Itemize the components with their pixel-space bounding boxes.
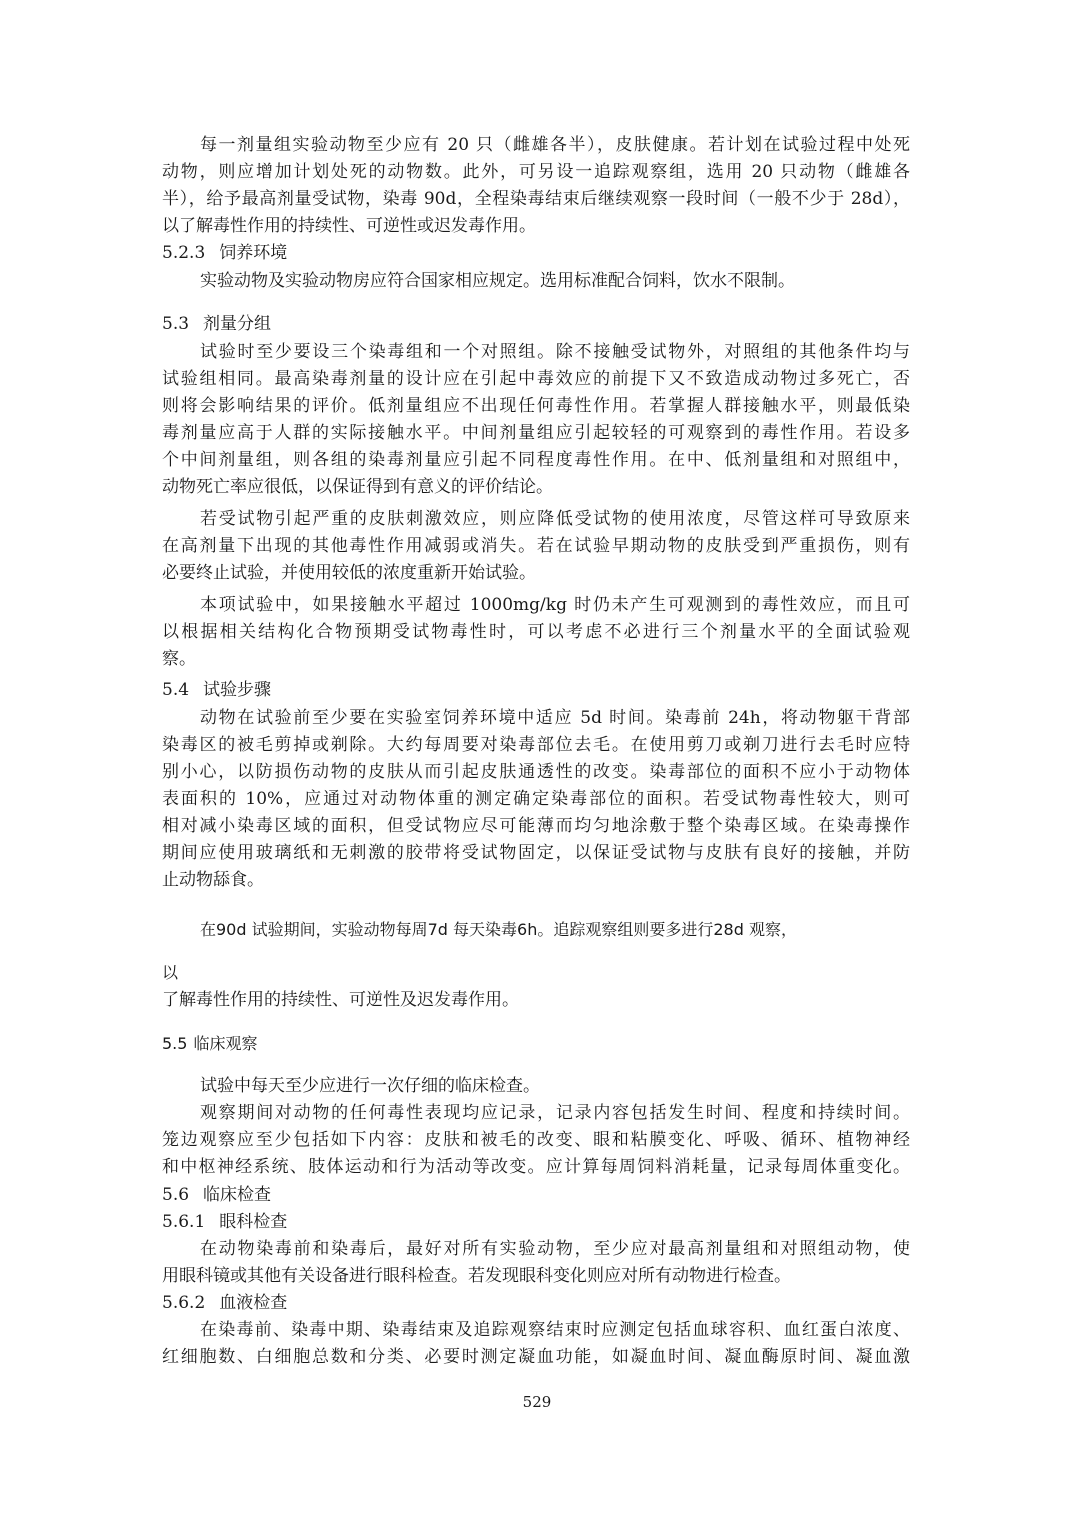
body-text-line: 表面积的 10%，应通过对动物体重的测定确定染毒部位的面积。若受试物毒性较大，则…	[162, 788, 910, 810]
body-text-line: 试验时至少要设三个染毒组和一个对照组。除不接触受试物外，对照组的其他条件均与	[200, 341, 910, 363]
section-title: 剂量分组	[203, 314, 271, 334]
body-text-line: 试验中每天至少应进行一次仔细的临床检查。	[200, 1075, 910, 1097]
body-text-line: 以了解毒性作用的持续性、可逆性或迟发毒作用。	[162, 215, 910, 237]
section-heading-5-5: 5.5临床观察	[162, 1033, 257, 1055]
body-text-line: 本项试验中，如果接触水平超过 1000mg/kg 时仍未产生可观测到的毒性效应，…	[200, 594, 910, 616]
section-heading-5-6-2: 5.6.2血液检查	[162, 1292, 287, 1314]
section-heading-5-6-1: 5.6.1眼科检查	[162, 1211, 287, 1233]
body-text-line: 动物，则应增加计划处死的动物数。此外，可另设一追踪观察组，选用 20 只动物（雌…	[162, 161, 910, 183]
section-title: 眼科检查	[219, 1212, 287, 1232]
body-text-line: 在高剂量下出现的其他毒性作用减弱或消失。若在试验早期动物的皮肤受到严重损伤，则有	[162, 535, 910, 557]
section-title: 血液检查	[219, 1293, 287, 1313]
body-text-line: 染毒区的被毛剪掉或剃除。大约每周要对染毒部位去毛。在使用剪刀或剃刀进行去毛时应特	[162, 734, 910, 756]
body-text-line: 在动物染毒前和染毒后，最好对所有实验动物，至少应对最高剂量组和对照组动物，使	[200, 1238, 910, 1260]
body-text-line: 期间应使用玻璃纸和无刺激的胶带将受试物固定，以保证受试物与皮肤有良好的接触，并防	[162, 842, 910, 864]
page-number: 529	[0, 1392, 1074, 1412]
body-text-line: 动物死亡率应很低，以保证得到有意义的评价结论。	[162, 476, 910, 498]
body-text-line: 察。	[162, 648, 910, 670]
section-title: 临床检查	[203, 1185, 271, 1205]
section-number: 5.5	[162, 1033, 187, 1055]
body-text-line: 红细胞数、白细胞总数和分类、必要时测定凝血功能，如凝血时间、凝血酶原时间、凝血激	[162, 1346, 910, 1368]
body-text-line: 实验动物及实验动物房应符合国家相应规定。选用标准配合饲料，饮水不限制。	[200, 270, 910, 292]
section-heading-5-3: 5.3剂量分组	[162, 313, 271, 335]
body-text-line: 以根据相关结构化合物预期受试物毒性时，可以考虑不必进行三个剂量水平的全面试验观	[162, 621, 910, 643]
body-text-line: 和中枢神经系统、肢体运动和行为活动等改变。应计算每周饲料消耗量，记录每周体重变化…	[162, 1156, 910, 1178]
body-text-line: 毒剂量应高于人群的实际接触水平。中间剂量组应引起较轻的可观察到的毒性作用。若设多	[162, 422, 910, 444]
body-text-line: 观察期间对动物的任何毒性表现均应记录，记录内容包括发生时间、程度和持续时间。	[200, 1102, 910, 1124]
body-text-line: 若受试物引起严重的皮肤刺激效应，则应降低受试物的使用浓度，尽管这样可导致原来	[200, 508, 910, 530]
body-text-line: 试验组相同。最高染毒剂量的设计应在引起中毒效应的前提下又不致造成动物过多死亡，否	[162, 368, 910, 390]
body-text-line: 每一剂量组实验动物至少应有 20 只（雌雄各半），皮肤健康。若计划在试验过程中处…	[200, 134, 910, 156]
body-text-line: 笼边观察应至少包括如下内容：皮肤和被毛的改变、眼和粘膜变化、呼吸、循环、植物神经	[162, 1129, 910, 1151]
section-number: 5.6.1	[162, 1211, 205, 1233]
body-text-line: 以	[162, 962, 910, 984]
document-page: 每一剂量组实验动物至少应有 20 只（雌雄各半），皮肤健康。若计划在试验过程中处…	[0, 0, 1074, 1520]
body-text-line: 在染毒前、染毒中期、染毒结束及追踪观察结束时应测定包括血球容积、血红蛋白浓度、	[200, 1319, 910, 1341]
body-text-line: 别小心，以防损伤动物的皮肤从而引起皮肤通透性的改变。染毒部位的面积不应小于动物体	[162, 761, 910, 783]
body-text-line: 动物在试验前至少要在实验室饲养环境中适应 5d 时间。染毒前 24h，将动物躯干…	[200, 707, 910, 729]
section-heading-5-6: 5.6临床检查	[162, 1184, 271, 1206]
body-text-line: 半），给予最高剂量受试物，染毒 90d，全程染毒结束后继续观察一段时间（一般不少…	[162, 188, 910, 210]
body-text-line: 个中间剂量组，则各组的染毒剂量应引起不同程度毒性作用。在中、低剂量组和对照组中，	[162, 449, 910, 471]
section-number: 5.4	[162, 679, 189, 701]
body-text-line: 则将会影响结果的评价。低剂量组应不出现任何毒性作用。若掌握人群接触水平，则最低染	[162, 395, 910, 417]
section-heading-5-2-3: 5.2.3饲养环境	[162, 242, 287, 264]
section-number: 5.6	[162, 1184, 189, 1206]
section-number: 5.6.2	[162, 1292, 205, 1314]
body-text-line: 用眼科镜或其他有关设备进行眼科检查。若发现眼科变化则应对所有动物进行检查。	[162, 1265, 910, 1287]
body-text-line: 在90d 试验期间，实验动物每周7d 每天染毒6h。追踪观察组则要多进行28d …	[200, 919, 910, 941]
section-number: 5.3	[162, 313, 189, 335]
section-number: 5.2.3	[162, 242, 205, 264]
section-title: 试验步骤	[203, 680, 271, 700]
body-text-line: 相对减小染毒区域的面积，但受试物应尽可能薄而均匀地涂敷于整个染毒区域。在染毒操作	[162, 815, 910, 837]
section-title: 临床观察	[193, 1034, 257, 1053]
section-heading-5-4: 5.4试验步骤	[162, 679, 271, 701]
body-text-line: 止动物舔食。	[162, 869, 910, 891]
section-title: 饲养环境	[219, 243, 287, 263]
body-text-line: 了解毒性作用的持续性、可逆性及迟发毒作用。	[162, 989, 910, 1011]
body-text-line: 必要终止试验，并使用较低的浓度重新开始试验。	[162, 562, 910, 584]
